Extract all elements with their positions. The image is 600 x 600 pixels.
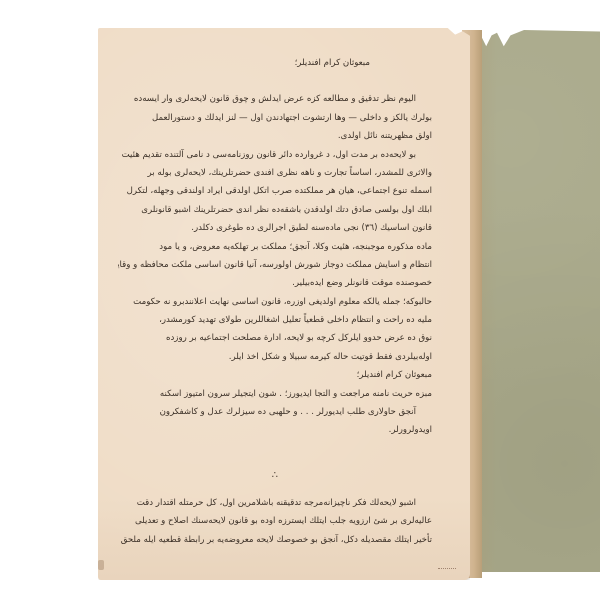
paragraph-5-line-2: آنجق حاولارى طلب ايديورلر . . . و حلهبى …	[118, 403, 432, 421]
document-page: مبعوثان كرام افنديلر؛ اليوم نظر تدقيق و …	[98, 28, 470, 580]
paragraph-1-line-3: اولق مظهريتنه نائل اولدى.	[118, 127, 432, 145]
paragraph-3-line-1: ماده مذكوره موجبنجه، هئيت وكلا، آنجق؛ مم…	[118, 238, 432, 256]
paragraph-4-line-2: مليه ده راحت و انتظام داخلى قطعياً تعليل…	[118, 311, 432, 329]
document-text: مبعوثان كرام افنديلر؛ اليوم نظر تدقيق و …	[118, 54, 432, 549]
cover-edge-tint	[470, 30, 600, 572]
paragraph-1-line-1: اليوم نظر تدقيق و مطالعه كزه عرض ايدلش و…	[118, 90, 432, 108]
section-separator: ∴	[118, 458, 432, 494]
salutation: مبعوثان كرام افنديلر؛	[118, 366, 432, 384]
green-back-cover	[470, 30, 600, 572]
document-heading: مبعوثان كرام افنديلر؛	[118, 54, 432, 72]
spacer	[118, 440, 432, 458]
closing-line-1: اشبو لايحه‌لك فكر ناچيزانه‌مرجه تدقيقنه …	[118, 494, 432, 512]
paragraph-1-line-2: بولرك يالكز و داخلى — وها ارتشوت اجتهادن…	[118, 109, 432, 127]
page-corner-mark	[438, 568, 456, 572]
page-tear-mark	[98, 560, 104, 570]
closing-line-2: عاليه‌لرى بر شئ ارزويه جلب ايتلك ايسترزه…	[118, 512, 432, 530]
paragraph-3-line-2: انتظام و اسايش مملكت دوجاز شورش اولورسه،…	[118, 256, 432, 274]
paragraph-3-line-3: خصوصنده موقت قانونلر وضع ايده‌بيلير.	[118, 274, 432, 292]
paragraph-2-line-5: قانون اساسيك (٣٦) نجى ماده‌سنه لطيق اجرا…	[118, 219, 432, 237]
paragraph-4-line-4: اوله‌بيلردى فقط قوتيت حاله كيرمه سبيلا و…	[118, 348, 432, 366]
paragraph-4-line-1: حالبوكه؛ جمله يالكه معلوم اولديغى اوزره،…	[118, 293, 432, 311]
paragraph-2-line-1: بو لايحه‌ده بر مدت اول، د غروارده دائر ق…	[118, 146, 432, 164]
paragraph-5-line-3: اويدولرورلر.	[118, 421, 432, 439]
paragraph-5-line-1: مبزه حريت نامنه مراجعت و التجا ايديورز؛ …	[118, 385, 432, 403]
closing-line-3: تأخير ايتلك مقصديله دكل، آنجق بو خصوصك ل…	[118, 531, 432, 549]
paragraph-2-line-3: اسمله تنوع اجتماعى، هيان هر مملكتده صرب …	[118, 182, 432, 200]
paragraph-2-line-4: ابلك اول بولسى صادق دتك اولدقدن باشقه‌ده…	[118, 201, 432, 219]
paragraph-2-line-2: والاثرى للمشدر، اساساً تجارت و ناهه نظرى…	[118, 164, 432, 182]
photo-scene: مبعوثان كرام افنديلر؛ اليوم نظر تدقيق و …	[0, 0, 600, 600]
paragraph-4-line-3: نوق ده عرض حدوو ايلركل كرچه بو لايحه، اد…	[118, 329, 432, 347]
